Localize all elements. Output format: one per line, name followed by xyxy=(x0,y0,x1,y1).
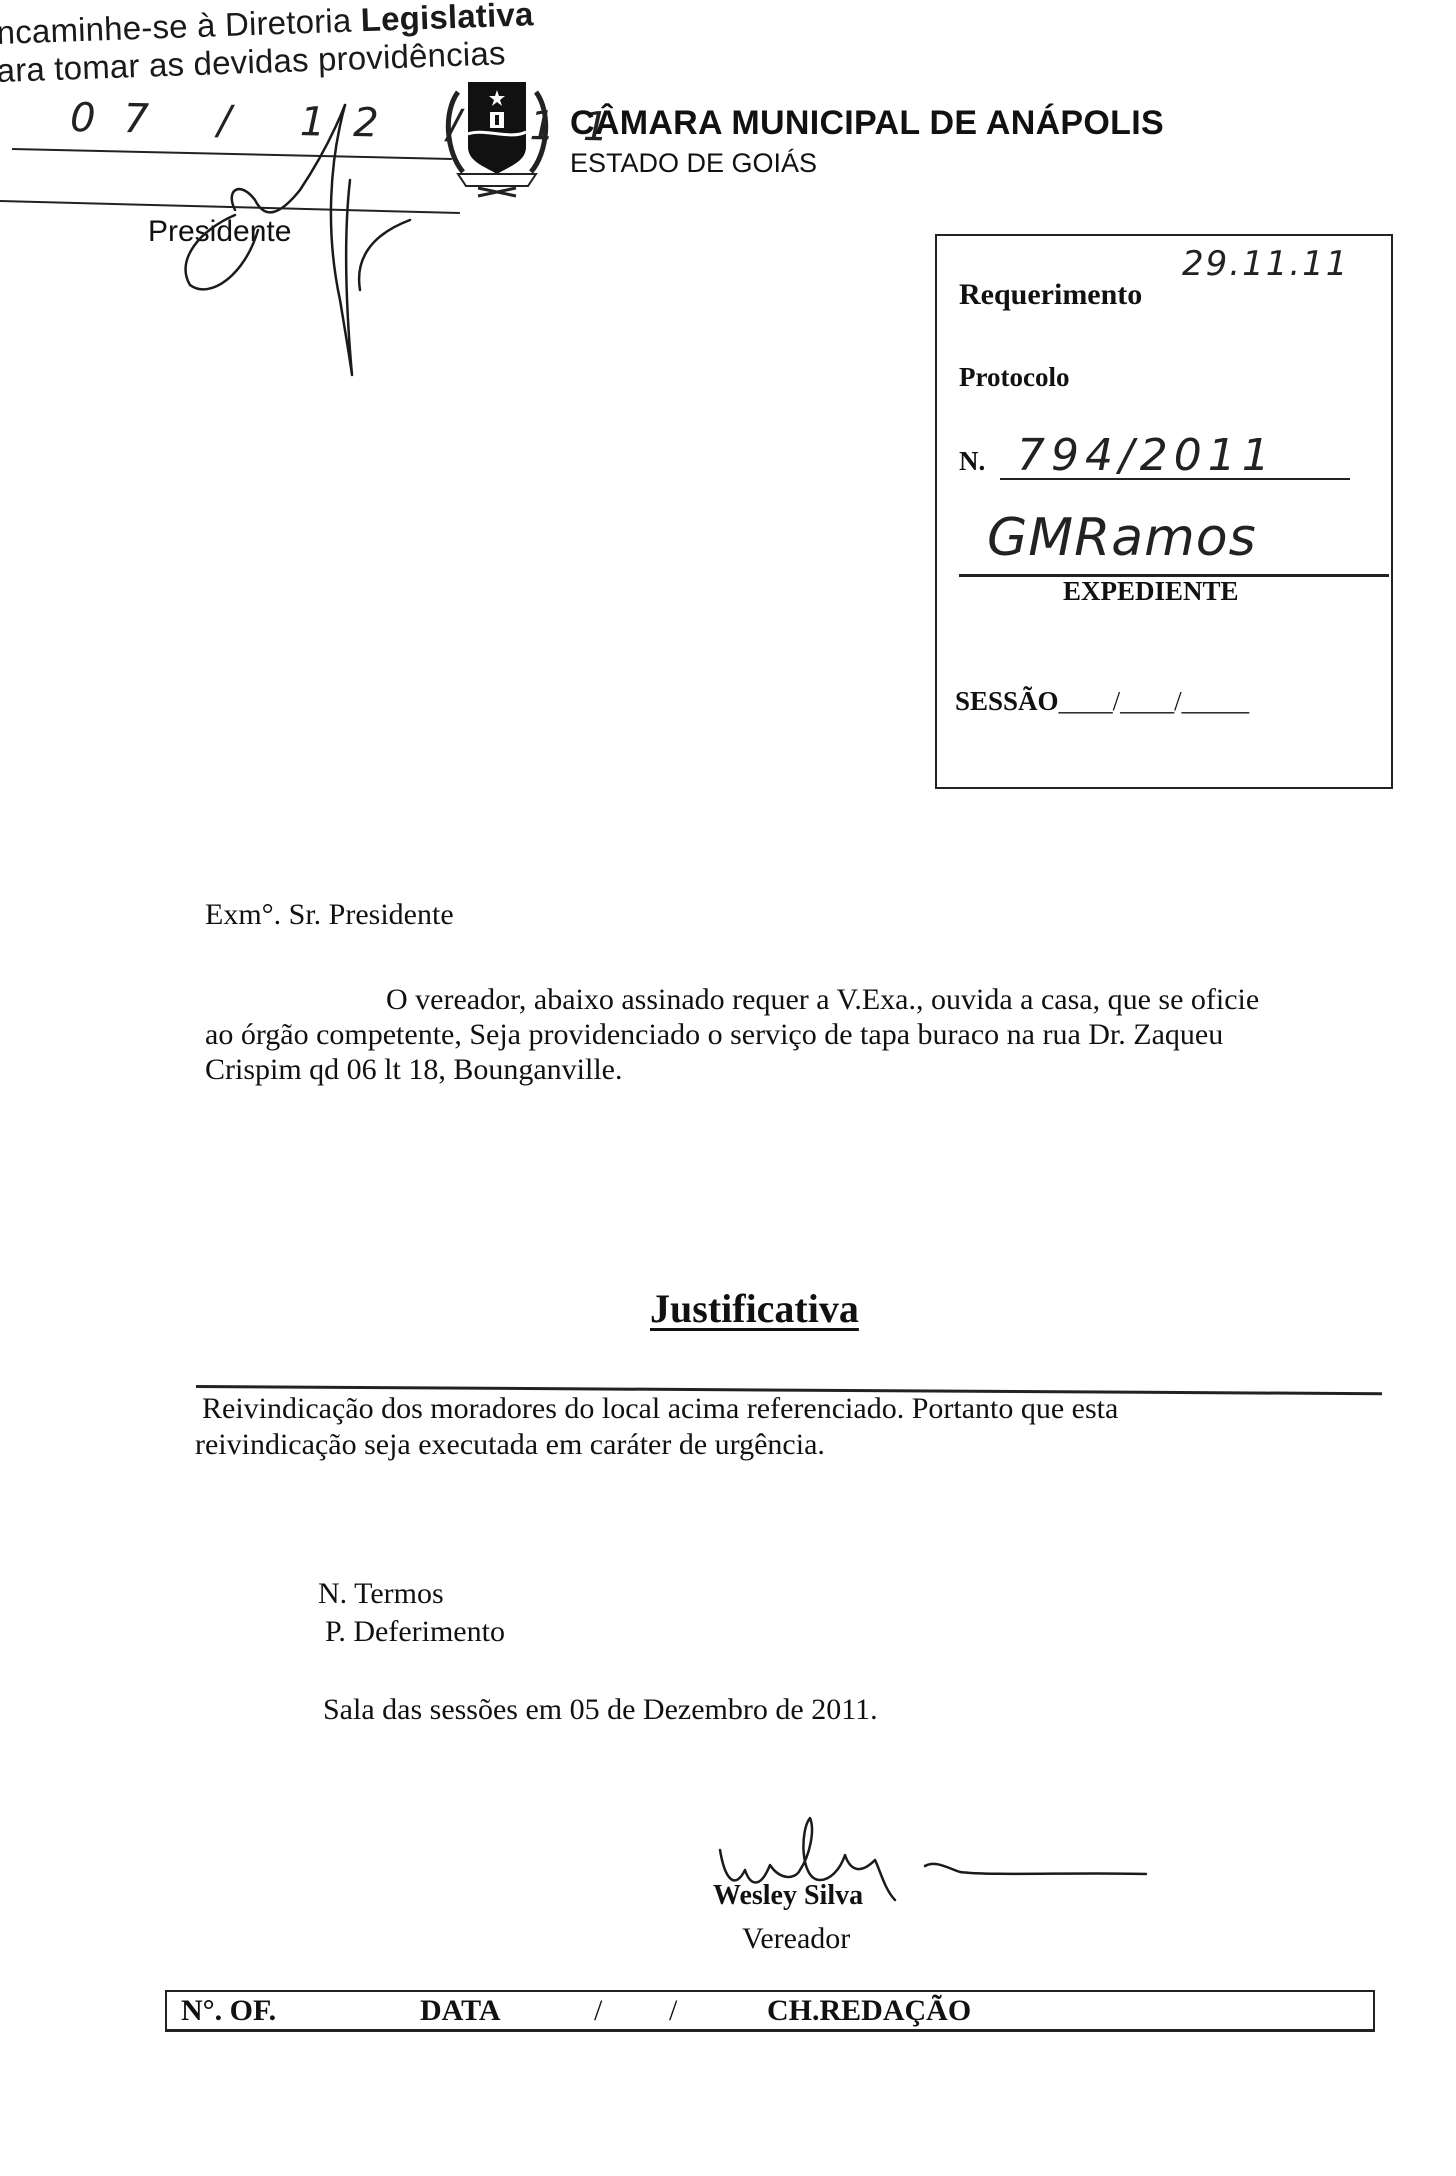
signatory-name: Wesley Silva xyxy=(713,1880,863,1912)
office-number-label: N°. OF. xyxy=(181,1994,276,2028)
office-control-bar: N°. OF. DATA / / CH.REDAÇÃO xyxy=(165,1990,1375,2032)
signatory-role: Vereador xyxy=(742,1922,850,1956)
date-label: DATA xyxy=(420,1994,501,2028)
drafting-label: CH.REDAÇÃO xyxy=(767,1994,971,2028)
date-separator-2: / xyxy=(669,1994,677,2028)
date-separator-1: / xyxy=(594,1994,602,2028)
councilor-signature xyxy=(0,0,1456,2176)
